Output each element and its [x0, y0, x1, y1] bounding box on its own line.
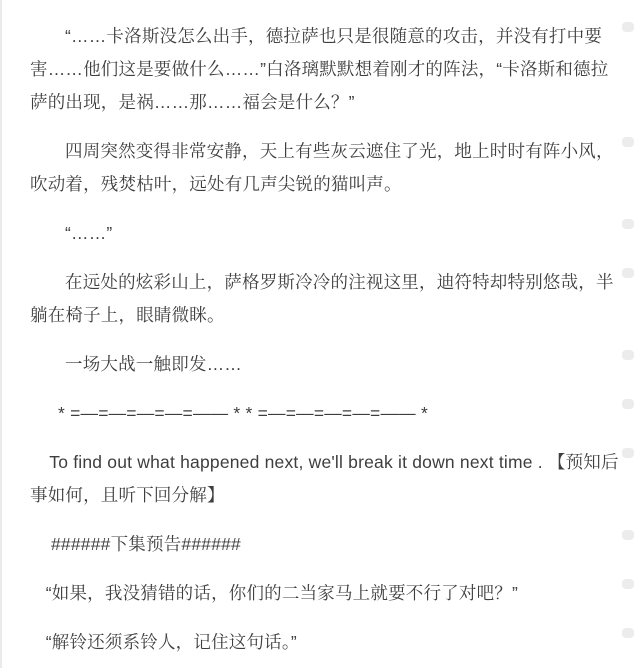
novel-reader-page: “……卡洛斯没怎么出手，德拉萨也只是很随意的攻击，并没有打中要害……他们这是要做…: [0, 0, 640, 668]
paragraph: To find out what happened next, we'll br…: [30, 446, 620, 512]
paragraph-text: “……卡洛斯没怎么出手，德拉萨也只是很随意的攻击，并没有打中要害……他们这是要做…: [30, 26, 608, 112]
paragraph: “……”: [30, 217, 620, 250]
chapter-content: “……卡洛斯没怎么出手，德拉萨也只是很随意的攻击，并没有打中要害……他们这是要做…: [30, 20, 620, 659]
paragraph-text: “解铃还须系铃人，记住这句话。”: [46, 632, 297, 652]
paragraph-text: ######下集预告######: [51, 534, 241, 554]
paragraph-comment-bubble-icon[interactable]: [622, 137, 634, 147]
paragraph-comment-bubble-icon[interactable]: [622, 350, 634, 360]
paragraph-comment-bubble-icon[interactable]: [622, 579, 634, 589]
paragraph-text: “如果，我没猜错的话，你们的二当家马上就要不行了对吧？”: [46, 583, 518, 603]
paragraph-text: * =—=—=—=—=—— * * =—=—=—=—=—— *: [58, 403, 428, 423]
paragraph-comment-bubble-icon[interactable]: [622, 399, 634, 409]
paragraph-text: To find out what happened next, we'll br…: [30, 452, 619, 505]
paragraph: “……卡洛斯没怎么出手，德拉萨也只是很随意的攻击，并没有打中要害……他们这是要做…: [30, 20, 620, 119]
paragraph-comment-bubble-icon[interactable]: [622, 448, 634, 458]
paragraph: “解铃还须系铃人，记住这句话。”: [30, 626, 620, 659]
paragraph-comment-bubble-icon[interactable]: [622, 268, 634, 278]
paragraph: 一场大战一触即发……: [30, 348, 620, 381]
paragraph-text: 四周突然变得非常安静，天上有些灰云遮住了光，地上时时有阵小风，吹动着，残焚枯叶，…: [30, 141, 614, 194]
paragraph-text: 一场大战一触即发……: [65, 354, 242, 374]
paragraph: “如果，我没猜错的话，你们的二当家马上就要不行了对吧？”: [30, 577, 620, 610]
paragraph: 四周突然变得非常安静，天上有些灰云遮住了光，地上时时有阵小风，吹动着，残焚枯叶，…: [30, 135, 620, 201]
paragraph-text: “……”: [65, 223, 112, 243]
paragraph-comment-bubble-icon[interactable]: [622, 530, 634, 540]
paragraph-comment-bubble-icon[interactable]: [622, 22, 634, 32]
paragraph-comment-bubble-icon[interactable]: [622, 628, 634, 638]
paragraph: * =—=—=—=—=—— * * =—=—=—=—=—— *: [30, 397, 620, 430]
paragraph: ######下集预告######: [30, 528, 620, 561]
paragraph: 在远处的炫彩山上，萨格罗斯冷冷的注视这里，迪符特却特别悠哉，半躺在椅子上，眼睛微…: [30, 266, 620, 332]
paragraph-text: 在远处的炫彩山上，萨格罗斯冷冷的注视这里，迪符特却特别悠哉，半躺在椅子上，眼睛微…: [30, 272, 614, 325]
paragraph-comment-bubble-icon[interactable]: [622, 219, 634, 229]
